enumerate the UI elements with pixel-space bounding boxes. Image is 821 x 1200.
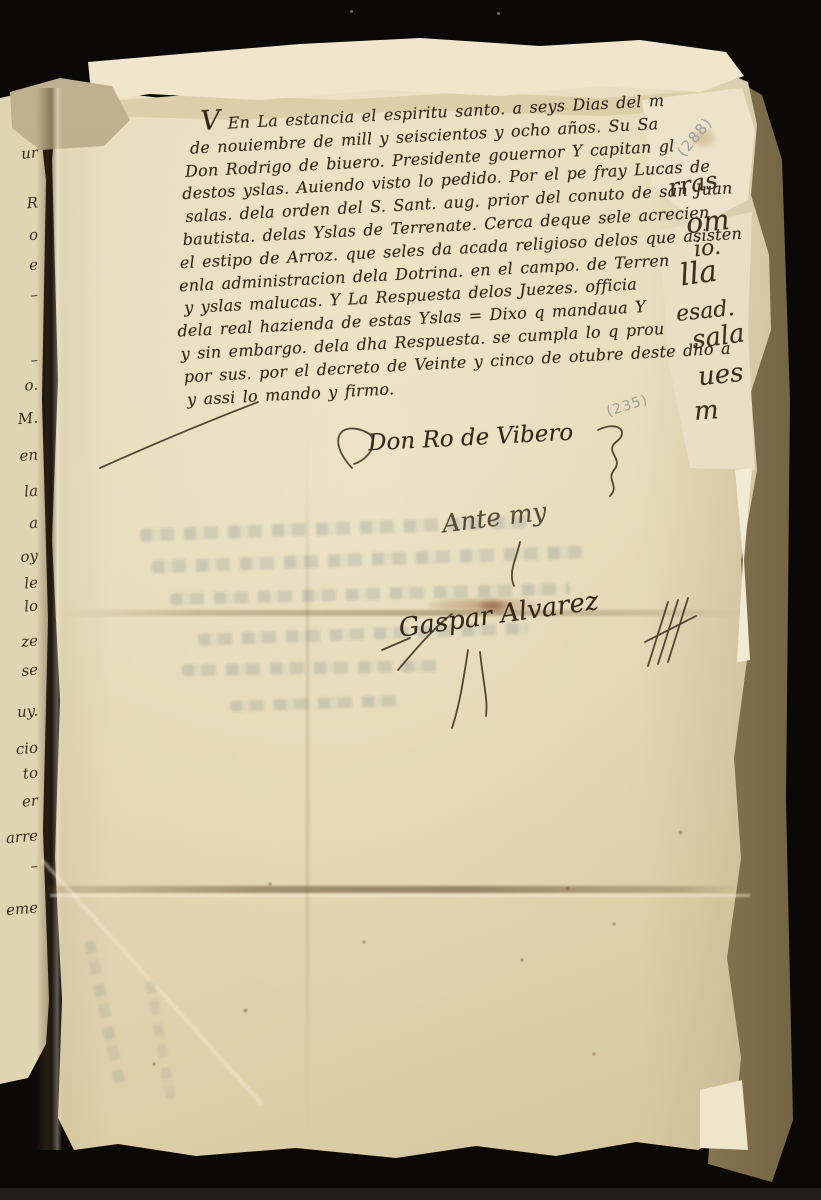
page-fragment: se bbox=[1, 660, 38, 681]
dust-speck bbox=[497, 12, 500, 15]
page-fragment: lo bbox=[1, 596, 38, 617]
backdrop-bottom-strip bbox=[0, 1188, 821, 1200]
foxing-spot bbox=[592, 1052, 596, 1056]
page-fragment: ur bbox=[1, 143, 38, 164]
page-fragment: e bbox=[1, 255, 38, 276]
page-fragment: – bbox=[1, 285, 38, 306]
foxing-spot bbox=[612, 922, 616, 926]
binding-gutter-shadow bbox=[36, 88, 62, 1150]
page-fragment: o bbox=[1, 225, 38, 246]
dust-speck bbox=[350, 10, 353, 13]
page-fragment: le bbox=[1, 573, 38, 594]
foxing-spot bbox=[152, 1062, 156, 1066]
page-fragment: M. bbox=[1, 408, 38, 429]
page-fragment: a bbox=[1, 513, 38, 534]
foxing-spot bbox=[268, 882, 272, 886]
foxing-spot bbox=[520, 958, 524, 962]
foxing-spot bbox=[362, 940, 366, 944]
photo-background: ur R o e – – o. M. en la a oy le lo ze s… bbox=[0, 0, 821, 1200]
fold-crease bbox=[48, 886, 748, 893]
page-fragment: o. bbox=[1, 375, 38, 396]
page-fragment: en bbox=[1, 445, 38, 466]
page-fragment: ze bbox=[1, 631, 38, 652]
manuscript-text-block: V En La estancia el espiritu santo. a se… bbox=[182, 83, 757, 411]
page-fragment: to bbox=[1, 763, 38, 784]
foxing-spot bbox=[243, 1008, 248, 1013]
page-fragment: lla bbox=[678, 254, 720, 294]
page-fragment: arre bbox=[1, 826, 38, 847]
page-fragment: m bbox=[693, 395, 720, 427]
page-fragment: – bbox=[1, 350, 38, 371]
page-fragment: cio bbox=[1, 738, 38, 759]
page-fragment: R bbox=[1, 193, 38, 214]
page-fragment: oy bbox=[1, 546, 38, 567]
fold-highlight bbox=[50, 894, 750, 897]
page-fragment: er bbox=[1, 791, 38, 812]
page-fragment: – bbox=[1, 856, 38, 877]
page-fragment: om bbox=[684, 203, 731, 240]
page-fragment: ues bbox=[697, 358, 745, 393]
foxing-spot bbox=[565, 886, 570, 891]
page-fragment: la bbox=[1, 481, 38, 502]
page-fragment: uy. bbox=[1, 701, 38, 722]
foxing-spot bbox=[678, 830, 683, 835]
page-fragment: eme bbox=[1, 898, 38, 919]
